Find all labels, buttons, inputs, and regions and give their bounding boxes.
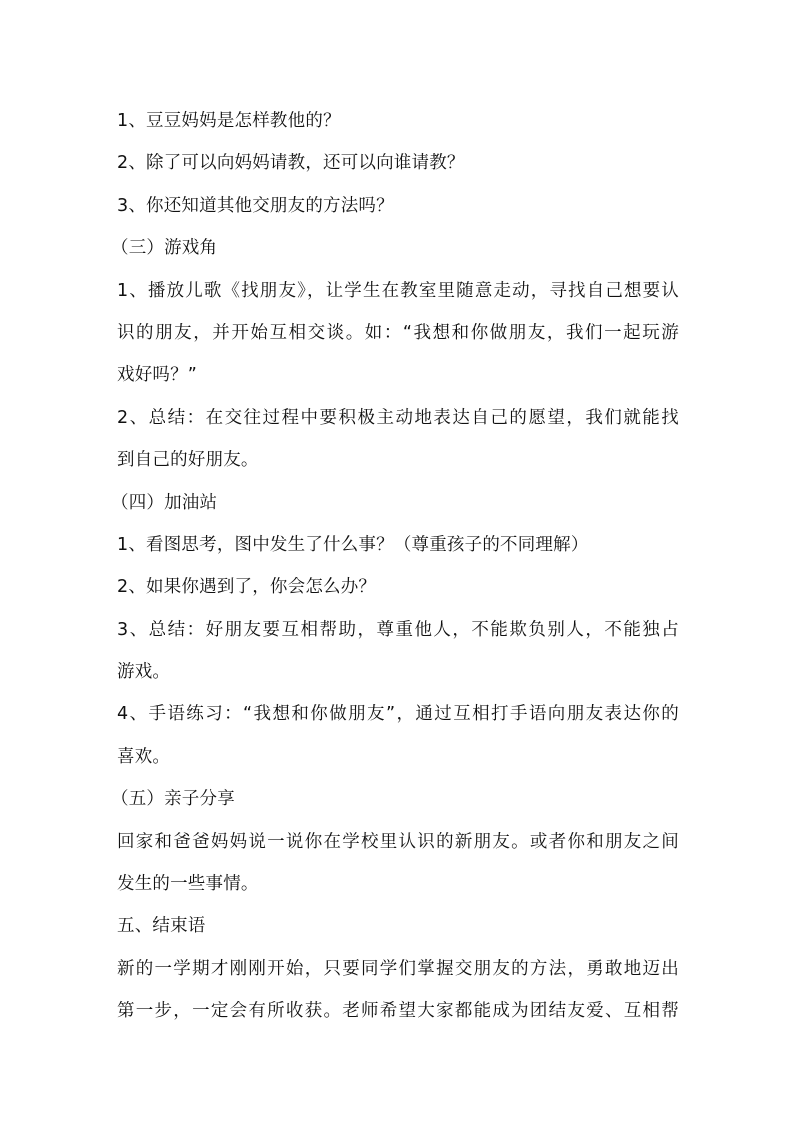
section-heading-game-corner: （三）游戏角 <box>111 227 679 269</box>
paragraph-line: 新的一学期才刚刚开始，只要同学们掌握交朋友的方法，勇敢地迈出 <box>117 948 679 990</box>
question-line: 3、你还知道其他交朋友的方法吗？ <box>117 185 679 227</box>
paragraph-line: 回家和爸爸妈妈说一说你在学校里认识的新朋友。或者你和朋友之间 <box>117 821 679 863</box>
question-line: 1、豆豆妈妈是怎样教他的？ <box>117 100 679 142</box>
paragraph-line: 2、如果你遇到了，你会怎么办？ <box>117 566 679 608</box>
paragraph-line: 2、总结：在交往过程中要积极主动地表达自己的愿望，我们就能找 <box>117 397 679 439</box>
paragraph-line: 戏好吗？” <box>117 354 679 396</box>
paragraph-line: 3、总结：好朋友要互相帮助，尊重他人，不能欺负别人，不能独占 <box>117 609 679 651</box>
question-line: 2、除了可以向妈妈请教，还可以向谁请教？ <box>117 142 679 184</box>
section-heading-refuel-station: （四）加油站 <box>111 482 679 524</box>
paragraph-line: 游戏。 <box>117 651 679 693</box>
paragraph-line: 第一步，一定会有所收获。老师希望大家都能成为团结友爱、互相帮 <box>117 990 679 1032</box>
paragraph-line: 喜欢。 <box>117 736 679 778</box>
paragraph-line: 1、播放儿歌《找朋友》，让学生在教室里随意走动，寻找自己想要认 <box>117 270 679 312</box>
paragraph-line: 发生的一些事情。 <box>117 863 679 905</box>
paragraph-line: 4、手语练习：“我想和你做朋友”，通过互相打手语向朋友表达你的 <box>117 693 679 735</box>
paragraph-line: 到自己的好朋友。 <box>117 439 679 481</box>
paragraph-line: 1、看图思考，图中发生了什么事？（尊重孩子的不同理解） <box>117 524 679 566</box>
section-heading-parent-child-sharing: （五）亲子分享 <box>111 778 679 820</box>
document-body: 1、豆豆妈妈是怎样教他的？ 2、除了可以向妈妈请教，还可以向谁请教？ 3、你还知… <box>117 100 679 1033</box>
paragraph-line: 识的朋友，并开始互相交谈。如：“我想和你做朋友，我们一起玩游 <box>117 312 679 354</box>
document-page: 1、豆豆妈妈是怎样教他的？ 2、除了可以向妈妈请教，还可以向谁请教？ 3、你还知… <box>0 0 793 1122</box>
section-heading-closing-remarks: 五、结束语 <box>117 905 679 947</box>
